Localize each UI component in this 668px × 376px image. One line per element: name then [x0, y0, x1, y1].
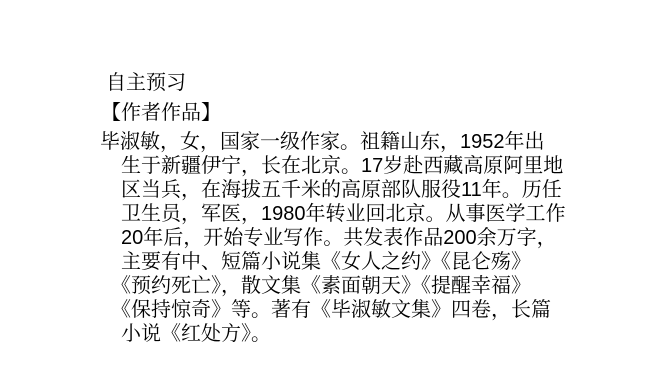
paragraph-line: 毕淑敏，女，国家一级作家。祖籍山东，1952年出: [100, 130, 566, 154]
paragraph-line: 20年后，开始专业写作。共发表作品200余万字，: [121, 226, 566, 250]
paragraph-line: 区当兵，在海拔五千米的高原部队服役11年。历任: [121, 178, 566, 202]
slide-canvas: 自主预习 【作者作品】 毕淑敏，女，国家一级作家。祖籍山东，1952年出生于新疆…: [0, 0, 668, 376]
slide-title: 自主预习: [106, 71, 186, 95]
paragraph-line: 生于新疆伊宁，长在北京。17岁赴西藏高原阿里地: [121, 154, 566, 178]
paragraph-line: 《预约死亡》，散文集《素面朝天》《提醒幸福》: [111, 274, 566, 298]
paragraph-line: 《保持惊奇》等。著有《毕淑敏文集》四卷，长篇: [111, 298, 566, 322]
paragraph-line: 主要有中、短篇小说集《女人之约》《昆仑殇》: [121, 250, 566, 274]
paragraph-line: 卫生员，军医，1980年转业回北京。从事医学工作: [121, 202, 566, 226]
section-heading: 【作者作品】: [101, 100, 221, 126]
author-bio-paragraph: 毕淑敏，女，国家一级作家。祖籍山东，1952年出生于新疆伊宁，长在北京。17岁赴…: [100, 130, 566, 346]
paragraph-line: 小说《红处方》。: [121, 322, 566, 346]
